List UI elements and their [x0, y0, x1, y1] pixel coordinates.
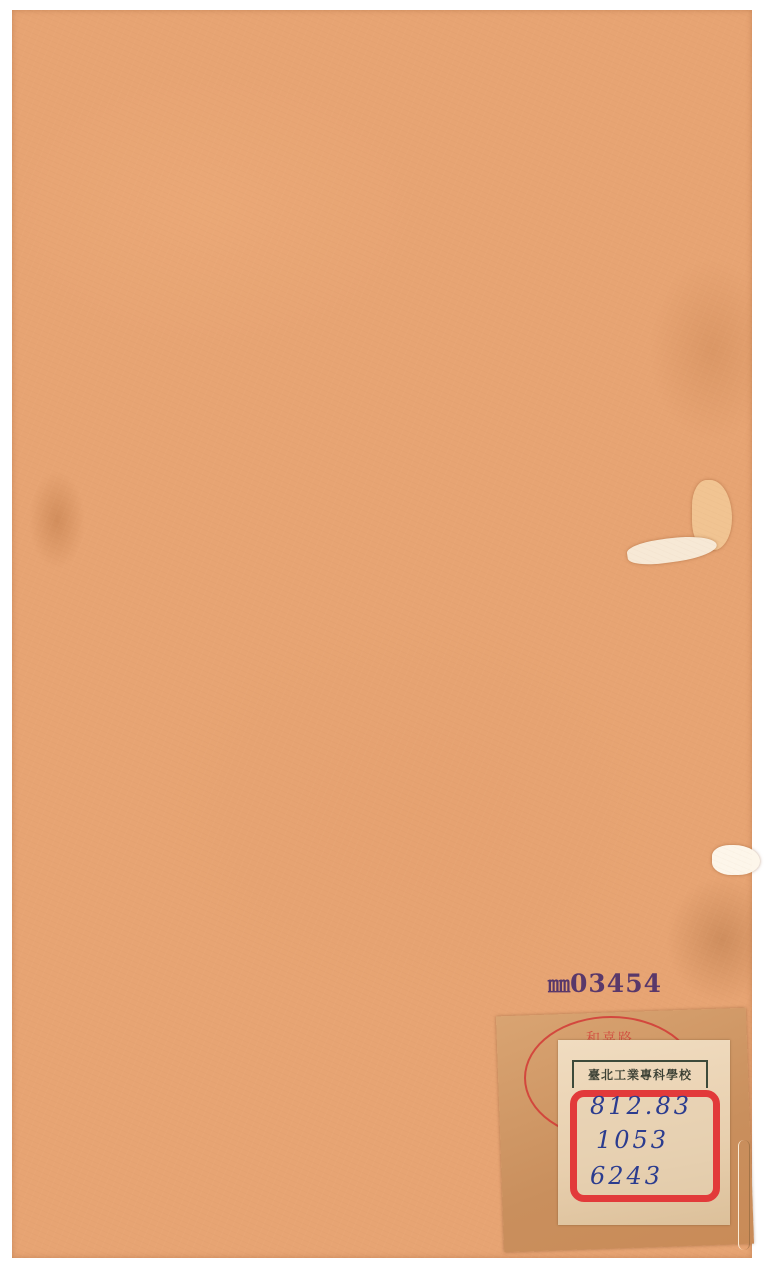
call-number-line: 812.83	[590, 1092, 692, 1120]
school-name: 臺北工業專科學校	[572, 1060, 708, 1088]
call-number-line: 6243	[590, 1162, 663, 1190]
page-edge	[738, 1140, 750, 1250]
accession-prefix: ㎜	[548, 972, 568, 998]
accession-number-stamp: ㎜03454	[548, 968, 662, 999]
call-number-line: 1053	[596, 1126, 669, 1154]
paper-tear	[626, 532, 718, 568]
accession-number: 03454	[570, 969, 662, 998]
paper-tear	[712, 845, 760, 875]
